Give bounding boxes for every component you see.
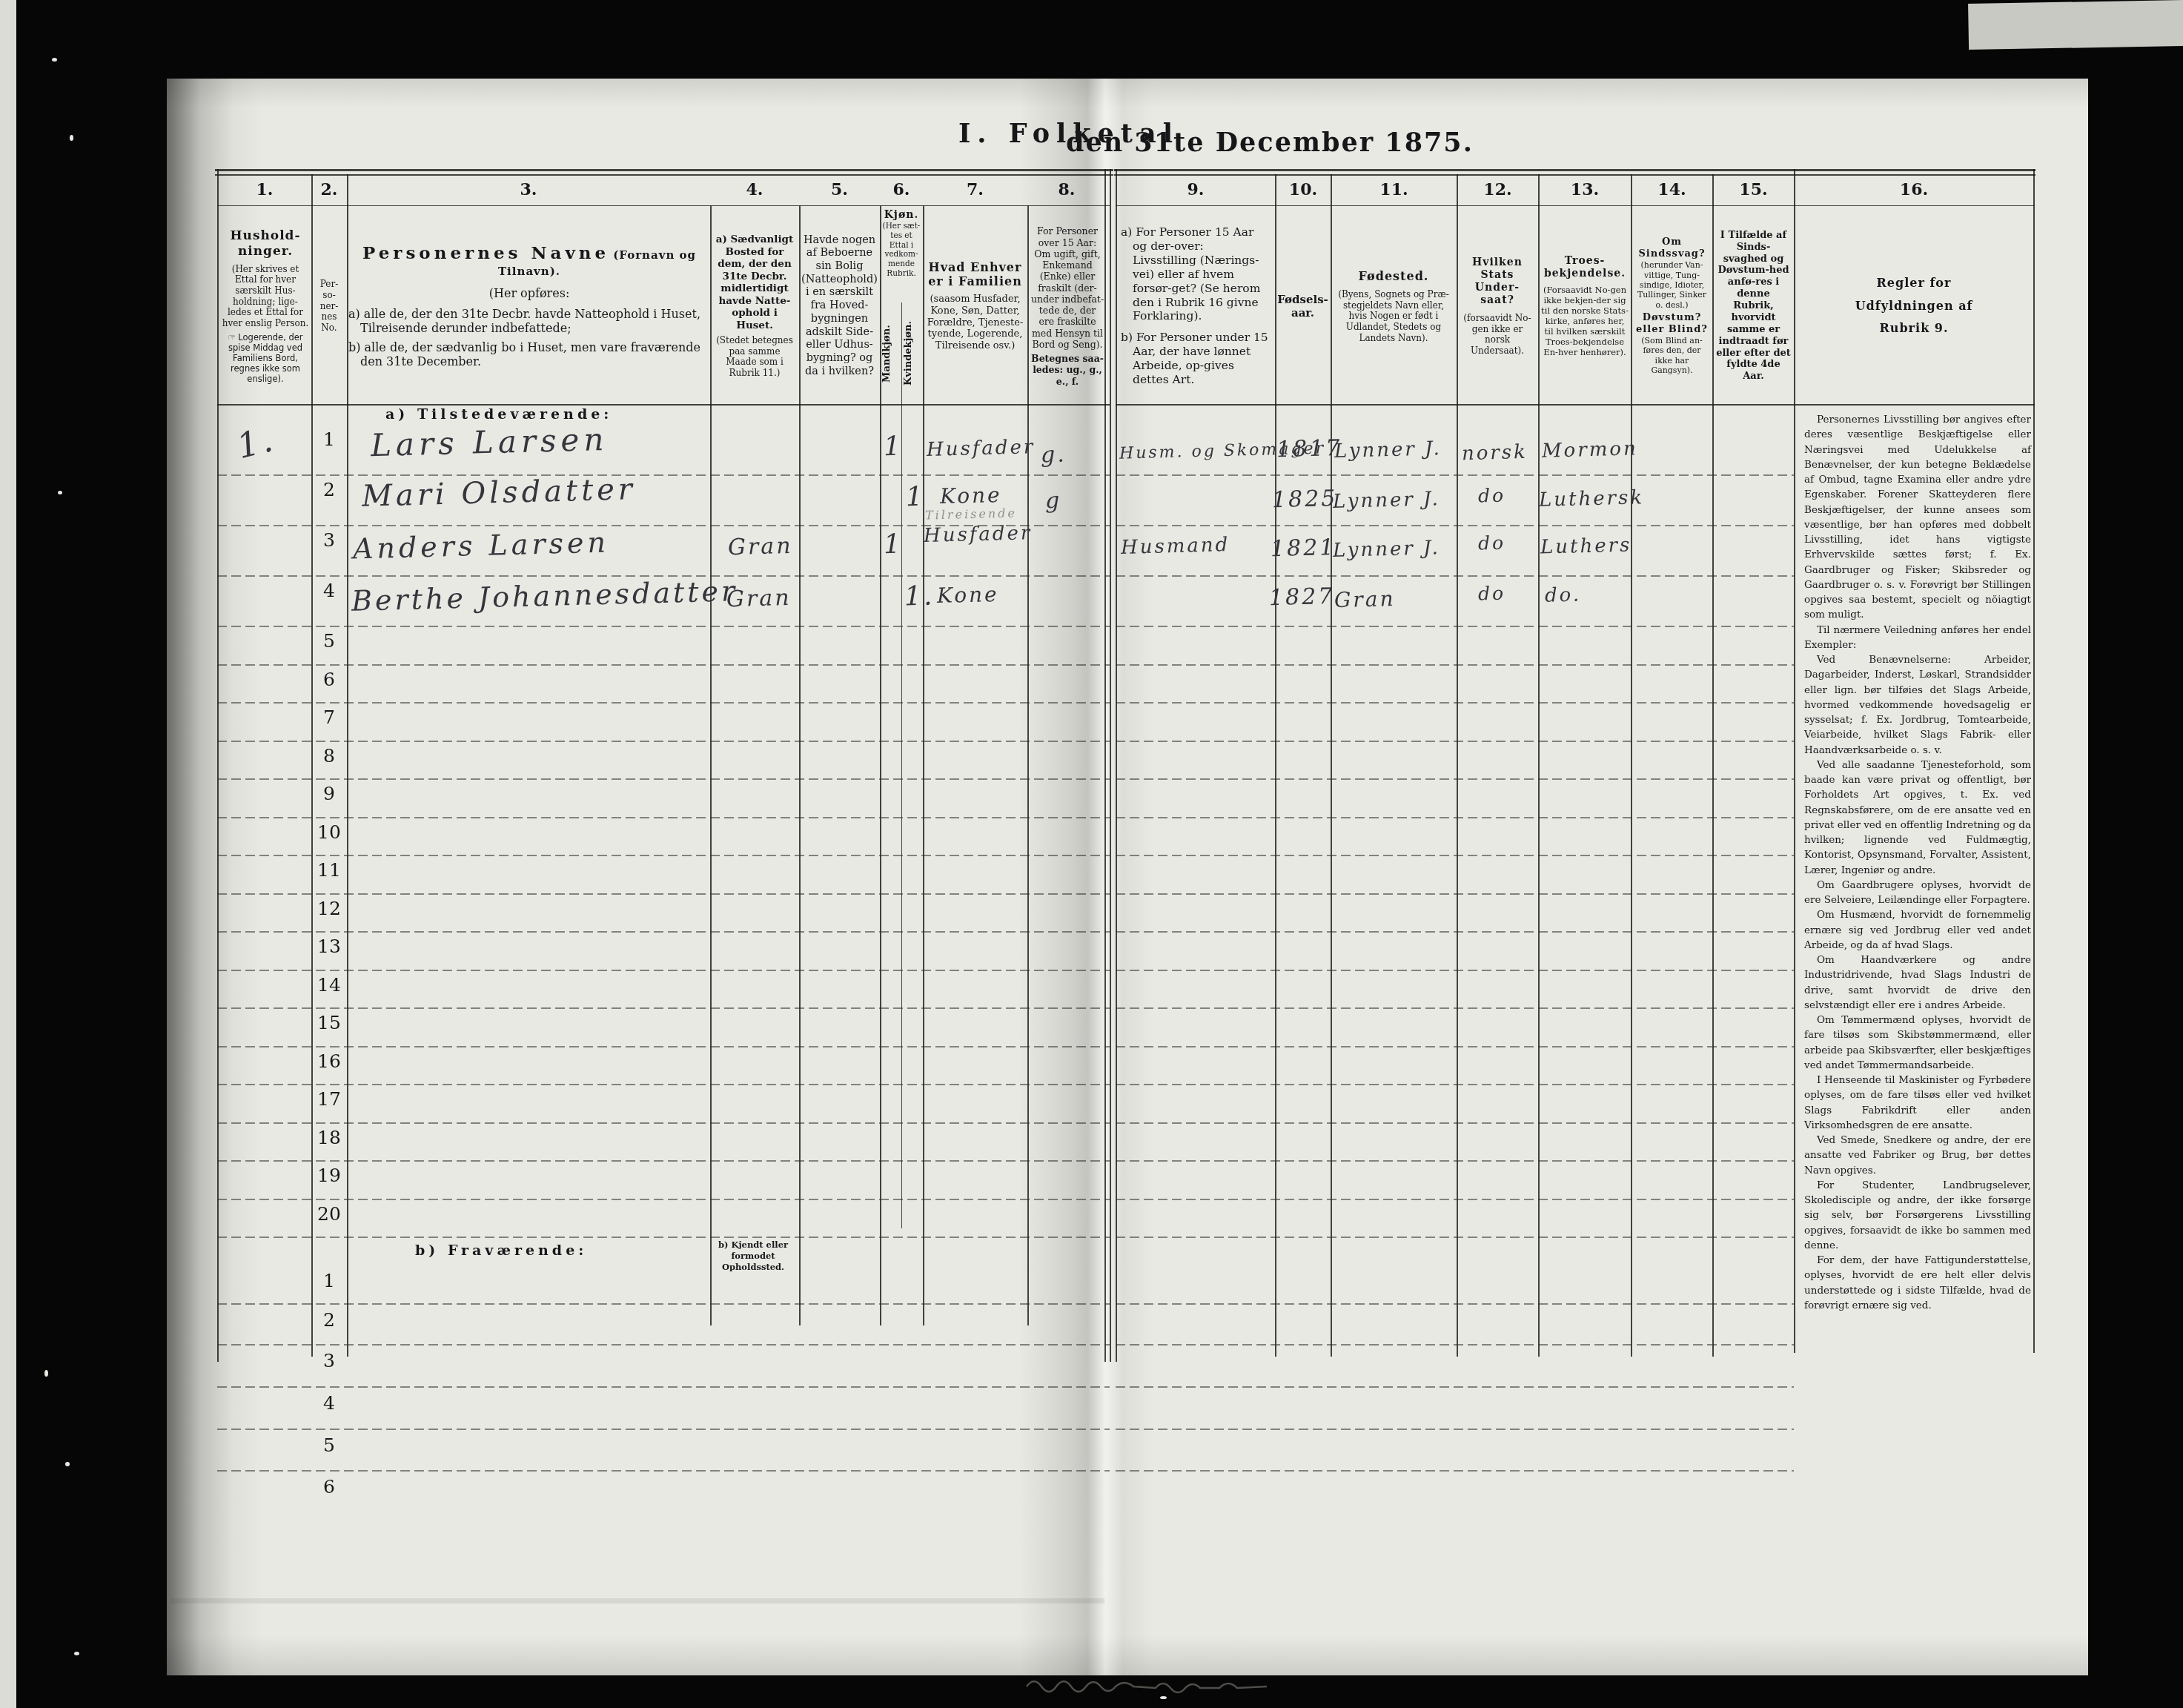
entry-citizenship: do: [1478, 485, 1506, 507]
row-number: 2: [313, 479, 345, 500]
entry-marital-status: g: [1045, 488, 1062, 514]
row-number: 13: [313, 936, 345, 957]
entry-citizenship: do: [1478, 583, 1506, 605]
entry-religion: do.: [1545, 583, 1582, 606]
entry-family-position: Kone: [940, 483, 1002, 509]
entry-name: Lars Larsen: [370, 421, 609, 463]
row-number: 3: [313, 529, 345, 551]
entry-family-position-note: Tilreisende: [925, 506, 1017, 522]
rules-paragraph: Ved alle saadanne Tjenesteforhold, som b…: [1804, 758, 2031, 878]
pencil-scribble: [1023, 1668, 1319, 1698]
entry-birthplace: Gran: [1334, 586, 1396, 612]
entry-marital-status: g.: [1041, 442, 1067, 469]
row-number: 5: [313, 1434, 345, 1456]
row-number: 4: [313, 580, 345, 601]
row-number: 5: [313, 630, 345, 652]
entry-birthplace: Lynner J.: [1334, 437, 1442, 463]
row-number: 20: [313, 1203, 345, 1225]
entry-religion: Mormon: [1542, 437, 1639, 462]
entry-religion: Luthers: [1540, 534, 1632, 558]
rules-paragraph: Personernes Livsstilling bør angives eft…: [1804, 412, 2031, 623]
row-number: 1: [313, 1270, 345, 1291]
row-number: 8: [313, 745, 345, 767]
row-number: 3: [313, 1350, 345, 1371]
row-number: 15: [313, 1012, 345, 1033]
entry-sex-mark: 1: [905, 482, 925, 513]
entry-name: Anders Larsen: [352, 526, 609, 565]
entry-birth-year: 1827: [1269, 583, 1335, 611]
entry-birthplace: Lynner J.: [1333, 488, 1440, 513]
rules-paragraph: Til nærmere Veiledning anføres her endel…: [1804, 623, 2031, 653]
entry-birth-year: 1825: [1272, 486, 1338, 513]
row-number: 10: [313, 821, 345, 843]
row-number: 18: [313, 1127, 345, 1148]
entry-family-position: Husfader: [924, 522, 1033, 547]
row-number: 7: [313, 706, 345, 728]
rules-paragraph: For dem, der have Fattigunderstøttelse, …: [1804, 1253, 2031, 1313]
entry-name: Mari Olsdatter: [361, 472, 636, 514]
row-number: 2: [313, 1309, 345, 1331]
rules-paragraph: Ved Smede, Snedkere og andre, der ere an…: [1804, 1133, 2031, 1178]
row-number: 4: [313, 1392, 345, 1414]
rules-paragraph: Om Husmænd, hvorvidt de fornemmelig ernæ…: [1804, 907, 2031, 953]
entry-family-position: Kone: [937, 582, 999, 608]
entry-religion: Luthersk: [1539, 486, 1645, 512]
rules-paragraph: For Studenter, Landbrugselever, Skoledis…: [1804, 1178, 2031, 1253]
rules-paragraph: I Henseende til Maskinister og Fyrbødere…: [1804, 1073, 2031, 1133]
row-number: 19: [313, 1165, 345, 1186]
rules-text: Personernes Livsstilling bør angives eft…: [1804, 412, 2031, 1313]
entry-birth-year: 1817: [1276, 435, 1342, 463]
entry-sex-mark: 1: [883, 529, 903, 560]
entry-birthplace: Lynner J.: [1333, 537, 1440, 562]
rules-paragraph: Ved Benævnelserne: Arbeider, Dagarbeider…: [1804, 652, 2031, 758]
census-scan: I. Folketal den 31te December 1875. 1. 2…: [0, 0, 2183, 1708]
row-number: 14: [313, 974, 345, 996]
row-number: 17: [313, 1088, 345, 1110]
rules-paragraph: Om Gaardbrugere oplyses, hvorvidt de ere…: [1804, 878, 2031, 908]
row-number: 9: [313, 783, 345, 804]
entry-usual-residence: Gran: [726, 585, 792, 612]
entry-citizenship: norsk: [1462, 441, 1528, 465]
rules-paragraph: Om Tømmermænd oplyses, hvorvidt de fare …: [1804, 1013, 2031, 1073]
entry-sex-mark: 1.: [904, 580, 934, 612]
entry-usual-residence: Gran: [728, 533, 793, 560]
row-number: 6: [313, 669, 345, 690]
row-number: 12: [313, 898, 345, 919]
row-number: 11: [313, 859, 345, 881]
entry-sex-mark: 1: [883, 431, 903, 463]
rules-paragraph: Om Haandværkere og andre Industridrivend…: [1804, 953, 2031, 1013]
entry-family-position: Husfader: [927, 436, 1036, 461]
entry-birth-year: 1821: [1271, 534, 1336, 562]
row-number: 16: [313, 1050, 345, 1072]
entry-occupation: Husmand: [1121, 534, 1230, 559]
row-number: 1: [313, 428, 345, 450]
row-number: 6: [313, 1476, 345, 1497]
entry-citizenship: do: [1478, 532, 1506, 555]
